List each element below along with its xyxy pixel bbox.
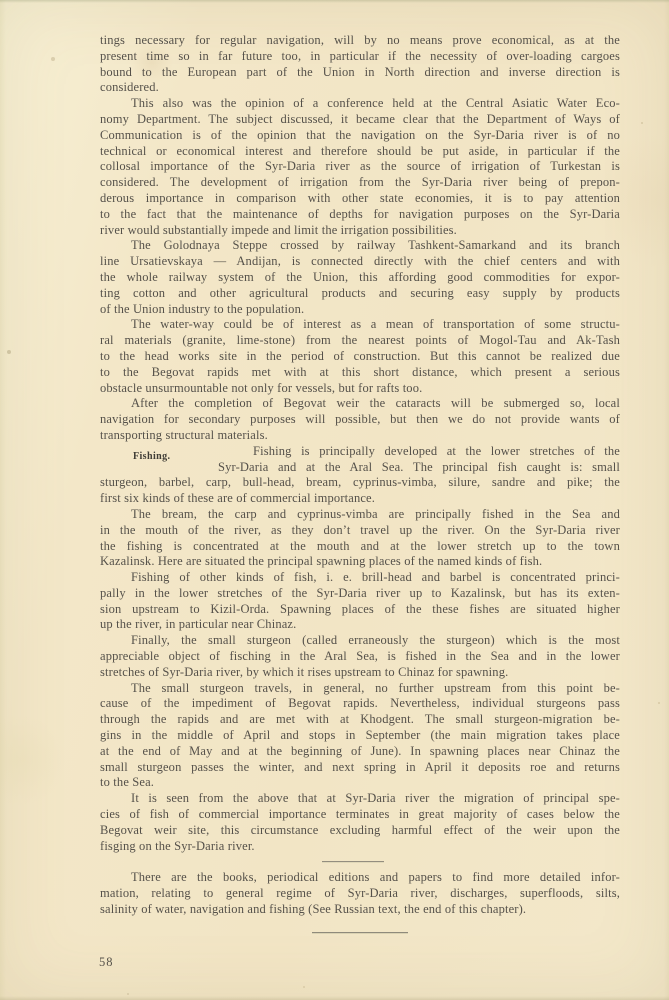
margin-note-label: Fishing. xyxy=(133,451,170,462)
text-line: up the river, in particular near Chinaz. xyxy=(100,617,620,633)
book-page: tings necessary for regular navigation, … xyxy=(0,0,669,1000)
text-line: Communication is of the opinion that the… xyxy=(100,128,620,144)
text-line: salinity of water, navigation and fishin… xyxy=(100,902,620,918)
separator-rule xyxy=(312,932,408,933)
text-line: Fishing is principally developed at the … xyxy=(100,444,620,460)
text-line: derous importance in comparison with oth… xyxy=(100,191,620,207)
text-column: tings necessary for regular navigation, … xyxy=(100,33,620,933)
text-line: navigation for secondary purposes will p… xyxy=(100,412,620,428)
text-line: to the Sea. xyxy=(100,775,620,791)
text-line: transporting structural materials. xyxy=(100,428,620,444)
text-line: There are the books, periodical editions… xyxy=(100,870,620,886)
page-number: 58 xyxy=(99,955,114,970)
text-line: Kazalinsk. Here are situated the princip… xyxy=(100,554,620,570)
text-line: Syr-Daria and at the Aral Sea. The princ… xyxy=(100,460,620,476)
text-line: technical or economical interest and the… xyxy=(100,144,620,160)
paragraph: tings necessary for regular navigation, … xyxy=(100,33,620,96)
text-line: ral materials (granite, lime-stone) from… xyxy=(100,333,620,349)
text-line: After the completion of Begovat weir the… xyxy=(100,396,620,412)
text-line: first six kinds of these are of commerci… xyxy=(100,491,620,507)
text-line: to the head works site in the period of … xyxy=(100,349,620,365)
text-line: at the end of May and at the beginning o… xyxy=(100,744,620,760)
text-line: appreciable object of fisching in the Ar… xyxy=(100,649,620,665)
paragraph: This also was the opinion of a conferenc… xyxy=(100,96,620,238)
text-line: The bream, the carp and cyprinus-vimba a… xyxy=(100,507,620,523)
text-line: through the rapids and are met with at K… xyxy=(100,712,620,728)
text-line: river would substantially impede and lim… xyxy=(100,223,620,239)
paragraph: Finally, the small sturgeon (called erra… xyxy=(100,633,620,680)
paper-specks xyxy=(0,0,2,2)
text-line: Finally, the small sturgeon (called erra… xyxy=(100,633,620,649)
paragraph: Fishing.Fishing is principally developed… xyxy=(100,444,620,507)
text-line: cause of the impediment of Begovat rapid… xyxy=(100,696,620,712)
text-line: gins in the middle of April and stops in… xyxy=(100,728,620,744)
paragraph: The water-way could be of interest as a … xyxy=(100,317,620,396)
text-line: to the fact that the maintenance of dept… xyxy=(100,207,620,223)
paragraph: The small sturgeon travels, in general, … xyxy=(100,681,620,792)
text-line: The Golodnaya Steppe crossed by railway … xyxy=(100,238,620,254)
text-line: stretches of Syr-Daria river, by which i… xyxy=(100,665,620,681)
paragraph: The Golodnaya Steppe crossed by railway … xyxy=(100,238,620,317)
paragraph: The bream, the carp and cyprinus-vimba a… xyxy=(100,507,620,570)
text-line: obstacle unsurmountable not only for ves… xyxy=(100,381,620,397)
text-line: of the Union industry to the population. xyxy=(100,302,620,318)
separator-rule xyxy=(322,861,384,862)
text-line: The small sturgeon travels, in general, … xyxy=(100,681,620,697)
text-line: The water-way could be of interest as a … xyxy=(100,317,620,333)
text-line: This also was the opinion of a conferenc… xyxy=(100,96,620,112)
text-line: ting cotton and other agricultural produ… xyxy=(100,286,620,302)
text-line: It is seen from the above that at Syr-Da… xyxy=(100,791,620,807)
text-line: present time so in far future too, in pa… xyxy=(100,49,620,65)
text-line: tings necessary for regular navigation, … xyxy=(100,33,620,49)
text-line: small sturgeon passes the winter, and ne… xyxy=(100,760,620,776)
paragraph: After the completion of Begovat weir the… xyxy=(100,396,620,443)
paragraph: Fishing of other kinds of fish, i. e. br… xyxy=(100,570,620,633)
text-line: considered. xyxy=(100,80,620,96)
text-line: fisging on the Syr-Daria river. xyxy=(100,839,620,855)
text-line: considered. The development of irrigatio… xyxy=(100,175,620,191)
text-line: mation, relating to general regime of Sy… xyxy=(100,886,620,902)
text-line: the fishing is concentrated at the mouth… xyxy=(100,539,620,555)
text-line: sion upstream to Kizil-Orda. Spawning pl… xyxy=(100,602,620,618)
text-line: Fishing of other kinds of fish, i. e. br… xyxy=(100,570,620,586)
text-line: the whole railway system of the Union, t… xyxy=(100,270,620,286)
text-line: cies of fish of commercial importance te… xyxy=(100,807,620,823)
paragraph: It is seen from the above that at Syr-Da… xyxy=(100,791,620,854)
text-line: line Ursatievskaya — Andijan, is connect… xyxy=(100,254,620,270)
text-line: to the Begovat rapids met with at this s… xyxy=(100,365,620,381)
text-line: collosal importance of the Syr-Daria riv… xyxy=(100,159,620,175)
text-line: pally in the lower stretches of the Syr-… xyxy=(100,586,620,602)
text-line: Begovat weir site, this circumstance exc… xyxy=(100,823,620,839)
text-line: sturgeon, barbel, carp, bull-head, bream… xyxy=(100,475,620,491)
text-line: bound to the European part of the Union … xyxy=(100,65,620,81)
text-line: in the mouth of the river, as they don’t… xyxy=(100,523,620,539)
paragraph: There are the books, periodical editions… xyxy=(100,870,620,917)
text-line: nomy Department. The subject discussed, … xyxy=(100,112,620,128)
